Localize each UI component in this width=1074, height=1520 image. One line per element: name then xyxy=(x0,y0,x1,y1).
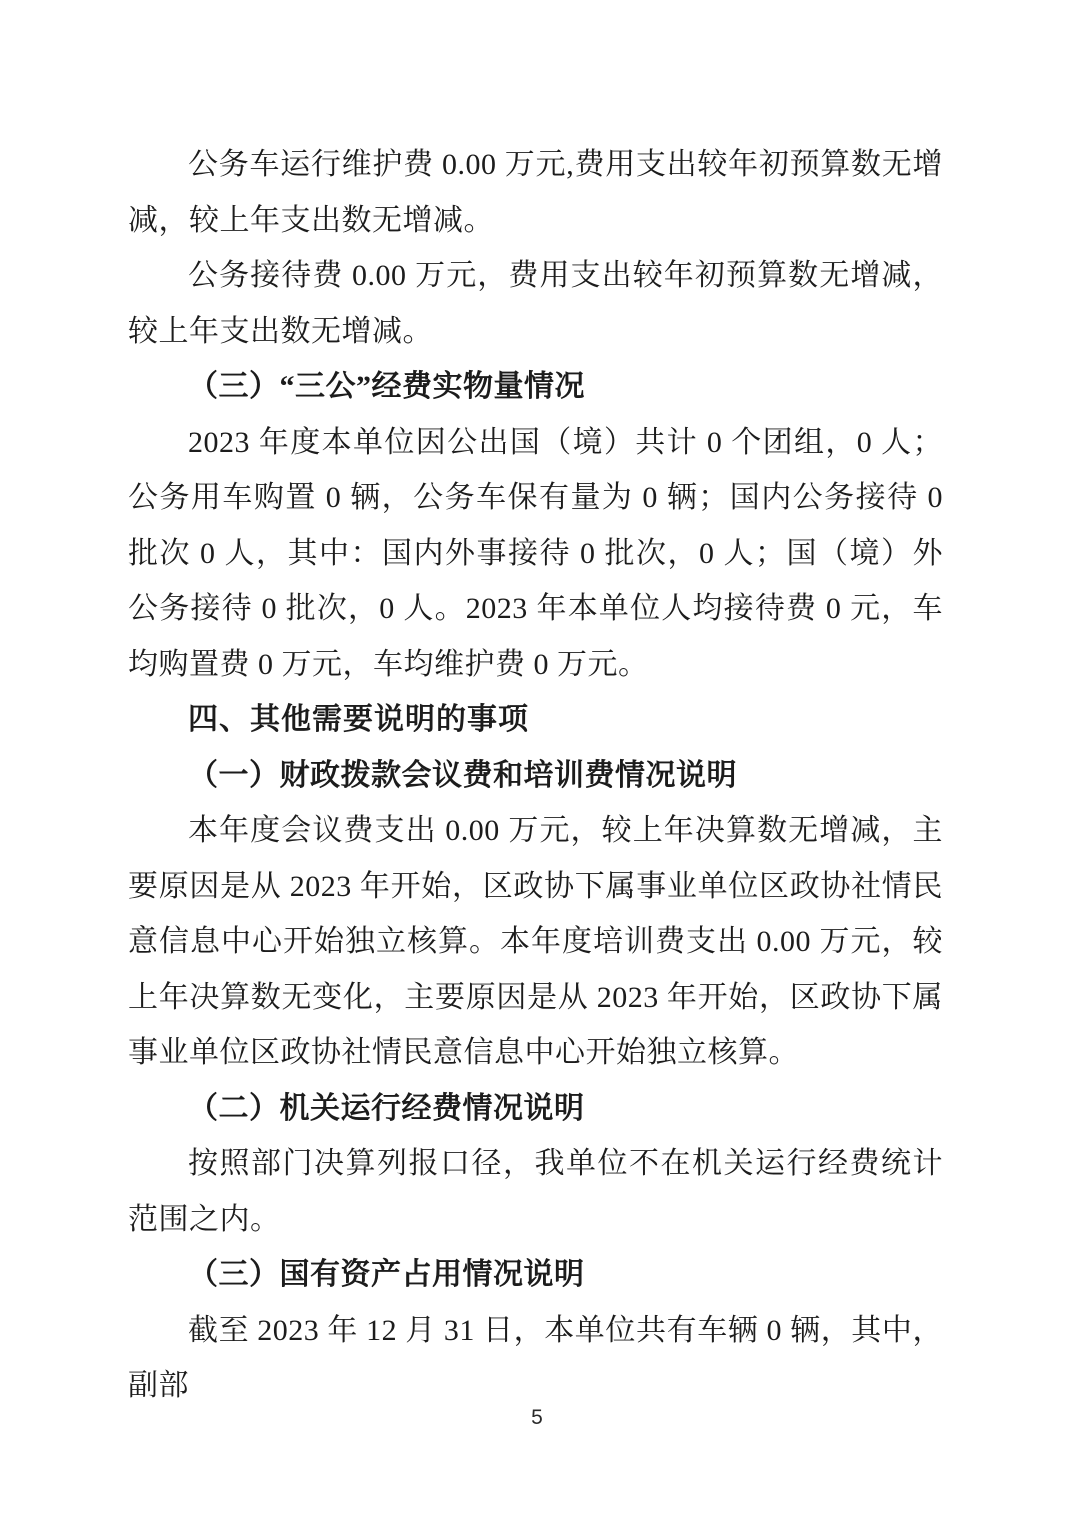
body-paragraph: 公务车运行维护费 0.00 万元,费用支出较年初预算数无增减，较上年支出数无增减… xyxy=(128,137,943,248)
body-paragraph: 2023 年度本单位因公出国（境）共计 0 个团组，0 人；公务用车购置 0 辆… xyxy=(128,415,943,693)
section-heading: （二）机关运行经费情况说明 xyxy=(128,1081,943,1137)
body-paragraph: 本年度会议费支出 0.00 万元，较上年决算数无增减，主要原因是从 2023 年… xyxy=(128,803,943,1081)
body-paragraph: 截至 2023 年 12 月 31 日，本单位共有车辆 0 辆，其中，副部 xyxy=(128,1303,943,1414)
body-paragraph: 公务接待费 0.00 万元，费用支出较年初预算数无增减，较上年支出数无增减。 xyxy=(128,248,943,359)
page-number: 5 xyxy=(0,1406,1074,1430)
document-page: 公务车运行维护费 0.00 万元,费用支出较年初预算数无增减，较上年支出数无增减… xyxy=(0,0,1074,1520)
section-heading: （三）“三公”经费实物量情况 xyxy=(128,359,943,415)
section-heading: （一）财政拨款会议费和培训费情况说明 xyxy=(128,748,943,804)
section-heading: （三）国有资产占用情况说明 xyxy=(128,1247,943,1303)
document-body: 公务车运行维护费 0.00 万元,费用支出较年初预算数无增减，较上年支出数无增减… xyxy=(128,137,943,1414)
section-heading: 四、其他需要说明的事项 xyxy=(128,692,943,748)
body-paragraph: 按照部门决算列报口径，我单位不在机关运行经费统计范围之内。 xyxy=(128,1136,943,1247)
